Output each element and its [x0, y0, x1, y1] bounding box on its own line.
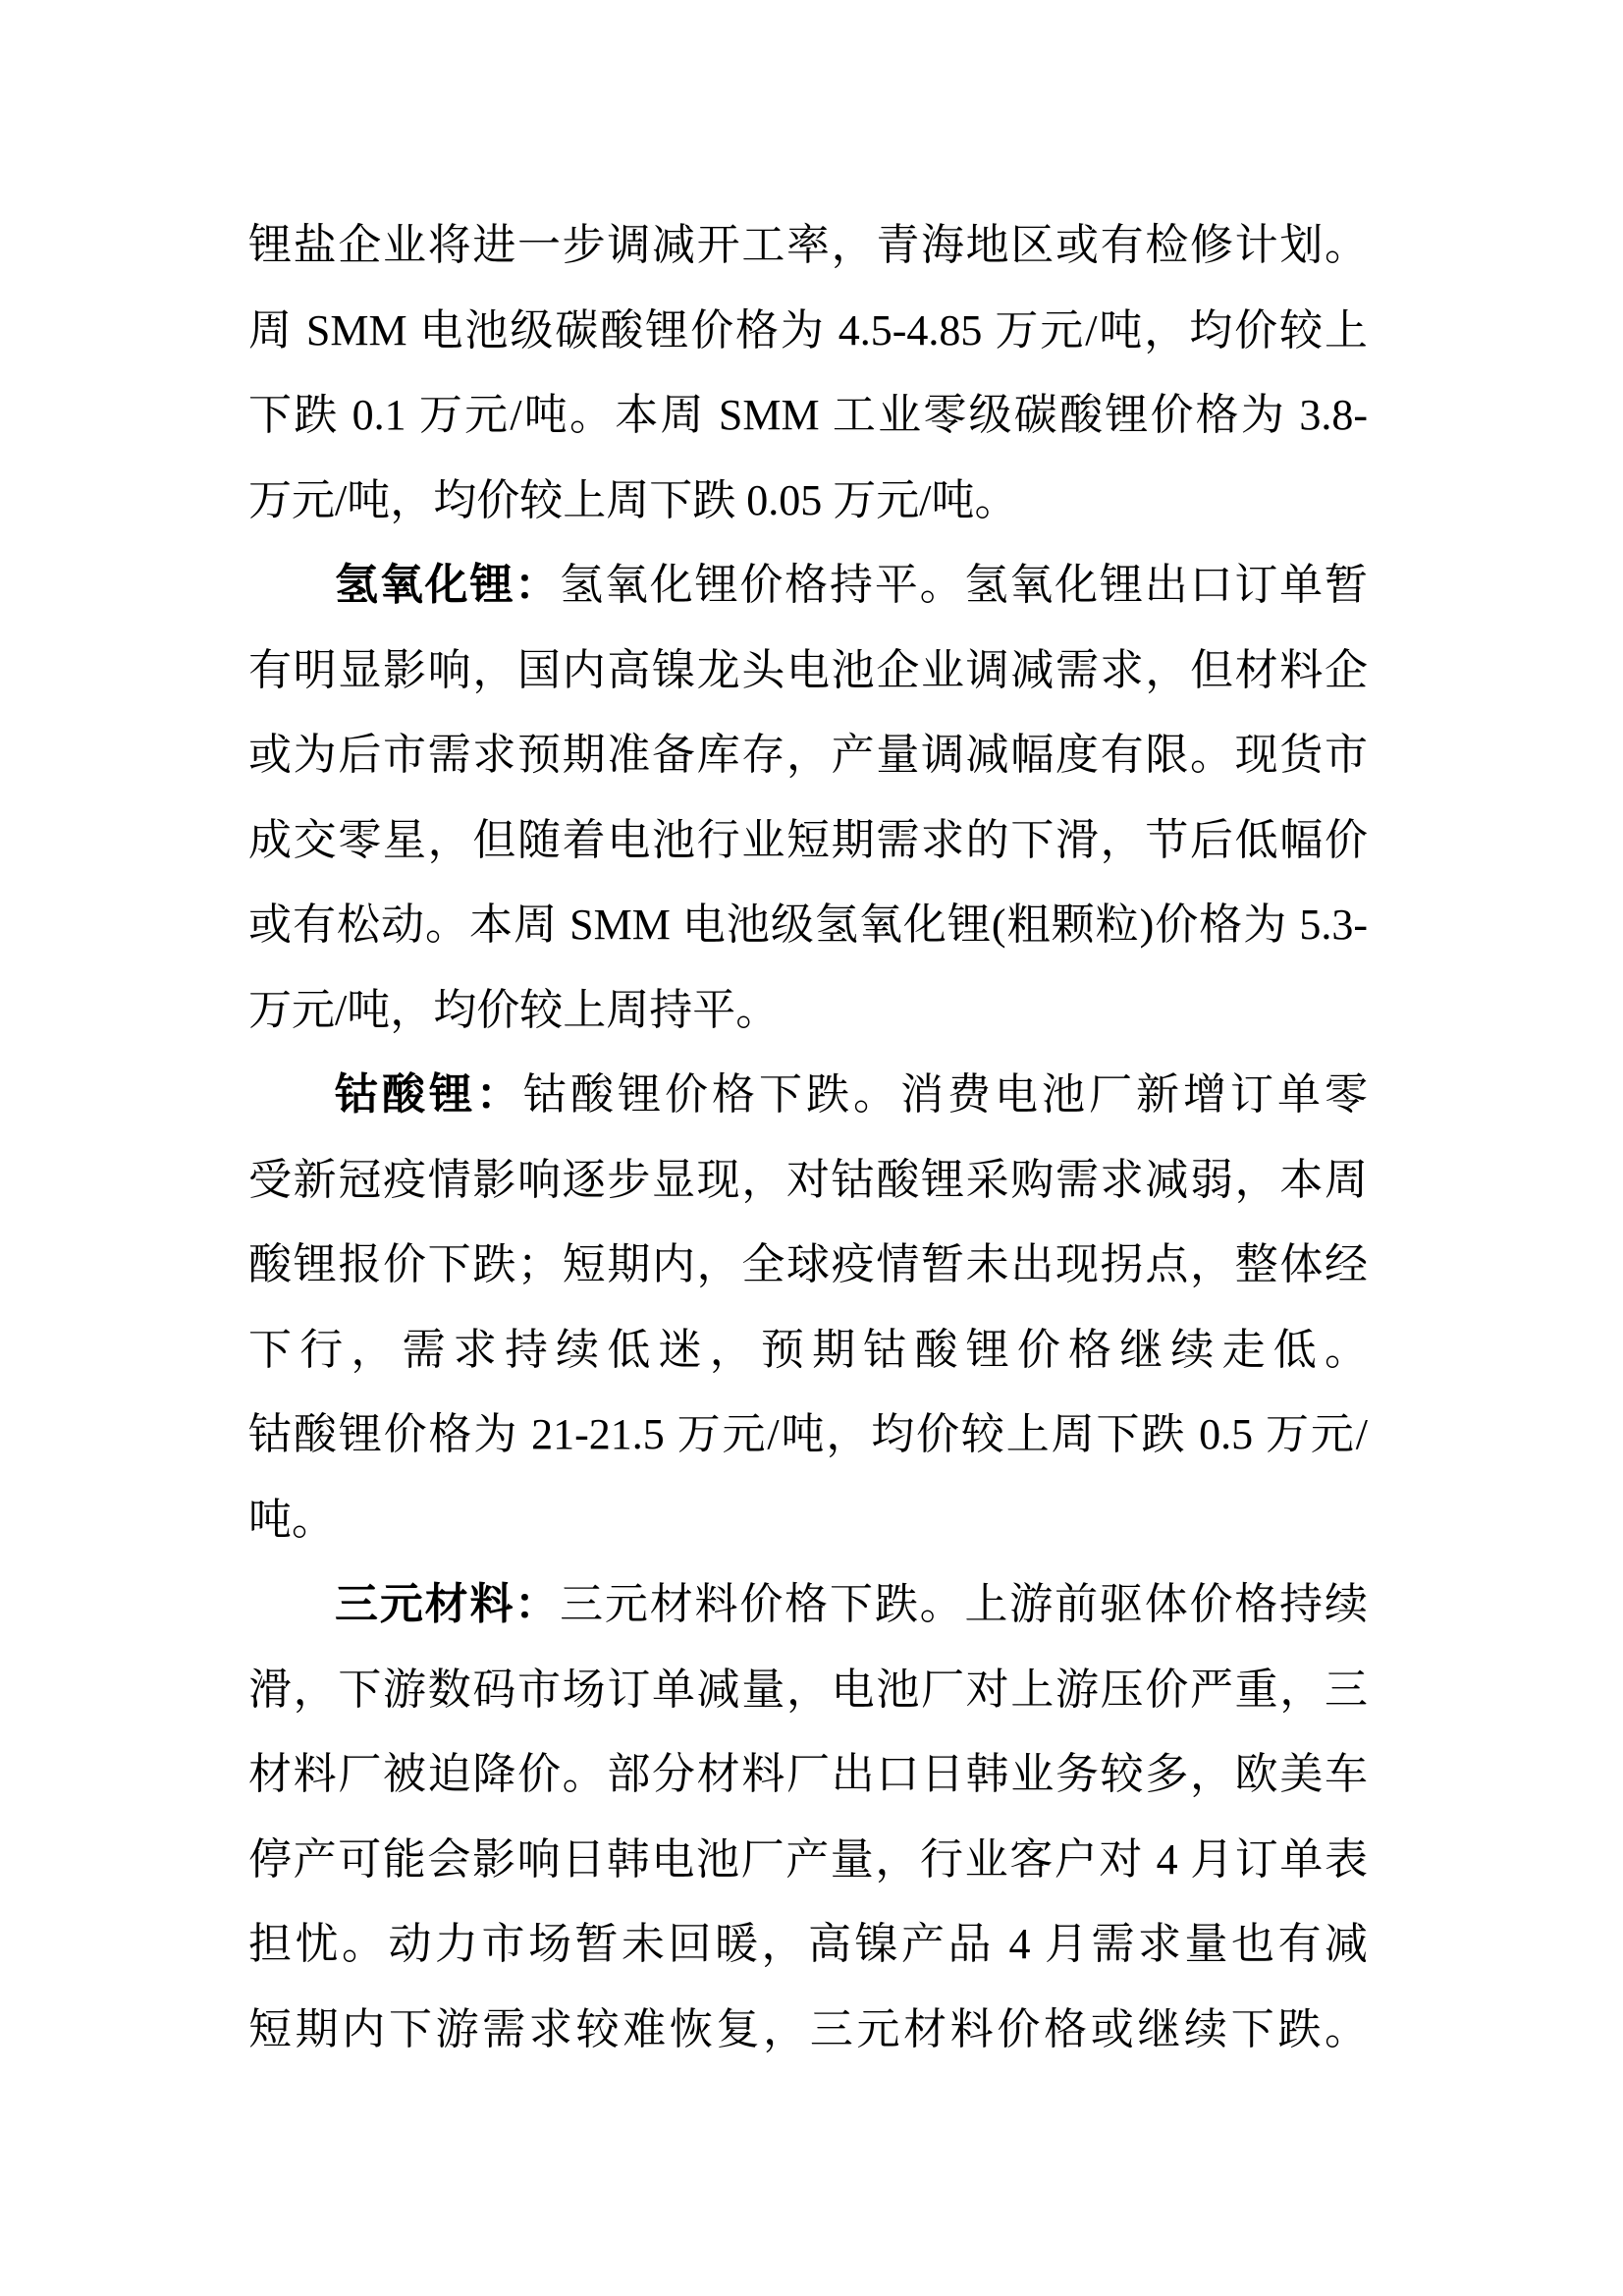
text-line: 吨。 — [248, 1478, 1368, 1563]
text-line: 短期内下游需求较难恢复，三元材料价格或继续下跌。SMM — [248, 1988, 1368, 2073]
text-line: 或有松动。本周 SMM 电池级氢氧化锂(粗颗粒)价格为 5.3-5.9 — [248, 883, 1368, 968]
line-text: 材料厂被迫降价。部分材料厂出口日韩业务较多，欧美车企 — [248, 1750, 1368, 1818]
line-text: 钴酸锂价格为 21-21.5 万元/吨，均价较上周下跌 0.5 万元/ — [248, 1410, 1368, 1458]
paragraph-lead: 氢氧化锂： — [335, 561, 560, 609]
line-text: 锂盐企业将进一步调减开工率，青海地区或有检修计划。本 — [248, 221, 1368, 289]
line-text: 万元/吨，均价较上周下跌 0.05 万元/吨。 — [248, 476, 1017, 524]
text-line: 滑，下游数码市场订单减量，电池厂对上游压价严重，三元 — [248, 1648, 1368, 1733]
text-line: 氢氧化锂：氢氧化锂价格持平。氢氧化锂出口订单暂未 — [248, 543, 1368, 629]
text-line: 锂盐企业将进一步调减开工率，青海地区或有检修计划。本 — [248, 203, 1368, 289]
text-line: 周 SMM 电池级碳酸锂价格为 4.5-4.85 万元/吨，均价较上周 — [248, 289, 1368, 374]
line-text: 有明显影响，国内高镍龙头电池企业调减需求，但材料企业 — [248, 646, 1368, 714]
text-line: 担忧。动力市场暂未回暖，高镍产品 4 月需求量也有减产， — [248, 1902, 1368, 1988]
line-text: 停产可能会影响日韩电池厂产量，行业客户对 4 月订单表示 — [248, 1835, 1368, 1903]
line-text: 成交零星，但随着电池行业短期需求的下滑，节后低幅价格 — [248, 816, 1368, 884]
text-line: 下跌 0.1 万元/吨。本周 SMM 工业零级碳酸锂价格为 3.8-4.1 — [248, 373, 1368, 459]
line-text: 下跌 0.1 万元/吨。本周 SMM 工业零级碳酸锂价格为 3.8-4.1 — [248, 391, 1368, 459]
line-text: 吨。 — [248, 1496, 335, 1544]
text-line: 下行，需求持续低迷，预期钴酸锂价格继续走低。SMM4.35V — [248, 1308, 1368, 1394]
text-line: 三元材料：三元材料价格下跌。上游前驱体价格持续下 — [248, 1562, 1368, 1648]
line-text: 担忧。动力市场暂未回暖，高镍产品 4 月需求量也有减产， — [248, 1920, 1368, 1988]
text-line: 万元/吨，均价较上周持平。 — [248, 968, 1368, 1054]
text-line: 成交零星，但随着电池行业短期需求的下滑，节后低幅价格 — [248, 798, 1368, 884]
text-line: 受新冠疫情影响逐步显现，对钴酸锂采购需求减弱，本周钴 — [248, 1138, 1368, 1224]
line-text: 万元/吨，均价较上周持平。 — [248, 986, 779, 1034]
paragraph-lead: 钴酸锂： — [335, 1070, 523, 1119]
line-text: 下行，需求持续低迷，预期钴酸锂价格继续走低。SMM4.35V — [248, 1326, 1368, 1394]
text-line: 材料厂被迫降价。部分材料厂出口日韩业务较多，欧美车企 — [248, 1732, 1368, 1818]
text-line: 有明显影响，国内高镍龙头电池企业调减需求，但材料企业 — [248, 629, 1368, 714]
line-text: 酸锂报价下跌；短期内，全球疫情暂未出现拐点，整体经济 — [248, 1240, 1368, 1308]
paragraph-lead: 三元材料： — [335, 1580, 560, 1628]
text-line: 钴酸锂：钴酸锂价格下跌。消费电池厂新增订单零星， — [248, 1053, 1368, 1138]
text-line: 钴酸锂价格为 21-21.5 万元/吨，均价较上周下跌 0.5 万元/ — [248, 1393, 1368, 1478]
document-body: 锂盐企业将进一步调减开工率，青海地区或有检修计划。本周 SMM 电池级碳酸锂价格… — [248, 203, 1368, 2072]
text-line: 万元/吨，均价较上周下跌 0.05 万元/吨。 — [248, 459, 1368, 544]
line-text: 受新冠疫情影响逐步显现，对钴酸锂采购需求减弱，本周钴 — [248, 1156, 1368, 1224]
line-text: 短期内下游需求较难恢复，三元材料价格或继续下跌。SMM — [248, 2005, 1368, 2073]
text-line: 或为后市需求预期准备库存，产量调减幅度有限。现货市场 — [248, 713, 1368, 798]
document-page: 锂盐企业将进一步调减开工率，青海地区或有检修计划。本周 SMM 电池级碳酸锂价格… — [0, 0, 1623, 2296]
line-text: 或为后市需求预期准备库存，产量调减幅度有限。现货市场 — [248, 731, 1368, 798]
text-line: 酸锂报价下跌；短期内，全球疫情暂未出现拐点，整体经济 — [248, 1223, 1368, 1308]
line-text: 或有松动。本周 SMM 电池级氢氧化锂(粗颗粒)价格为 5.3-5.9 — [248, 901, 1368, 968]
text-line: 停产可能会影响日韩电池厂产量，行业客户对 4 月订单表示 — [248, 1818, 1368, 1903]
line-text: 周 SMM 电池级碳酸锂价格为 4.5-4.85 万元/吨，均价较上周 — [248, 306, 1368, 374]
line-text: 滑，下游数码市场订单减量，电池厂对上游压价严重，三元 — [248, 1666, 1368, 1733]
